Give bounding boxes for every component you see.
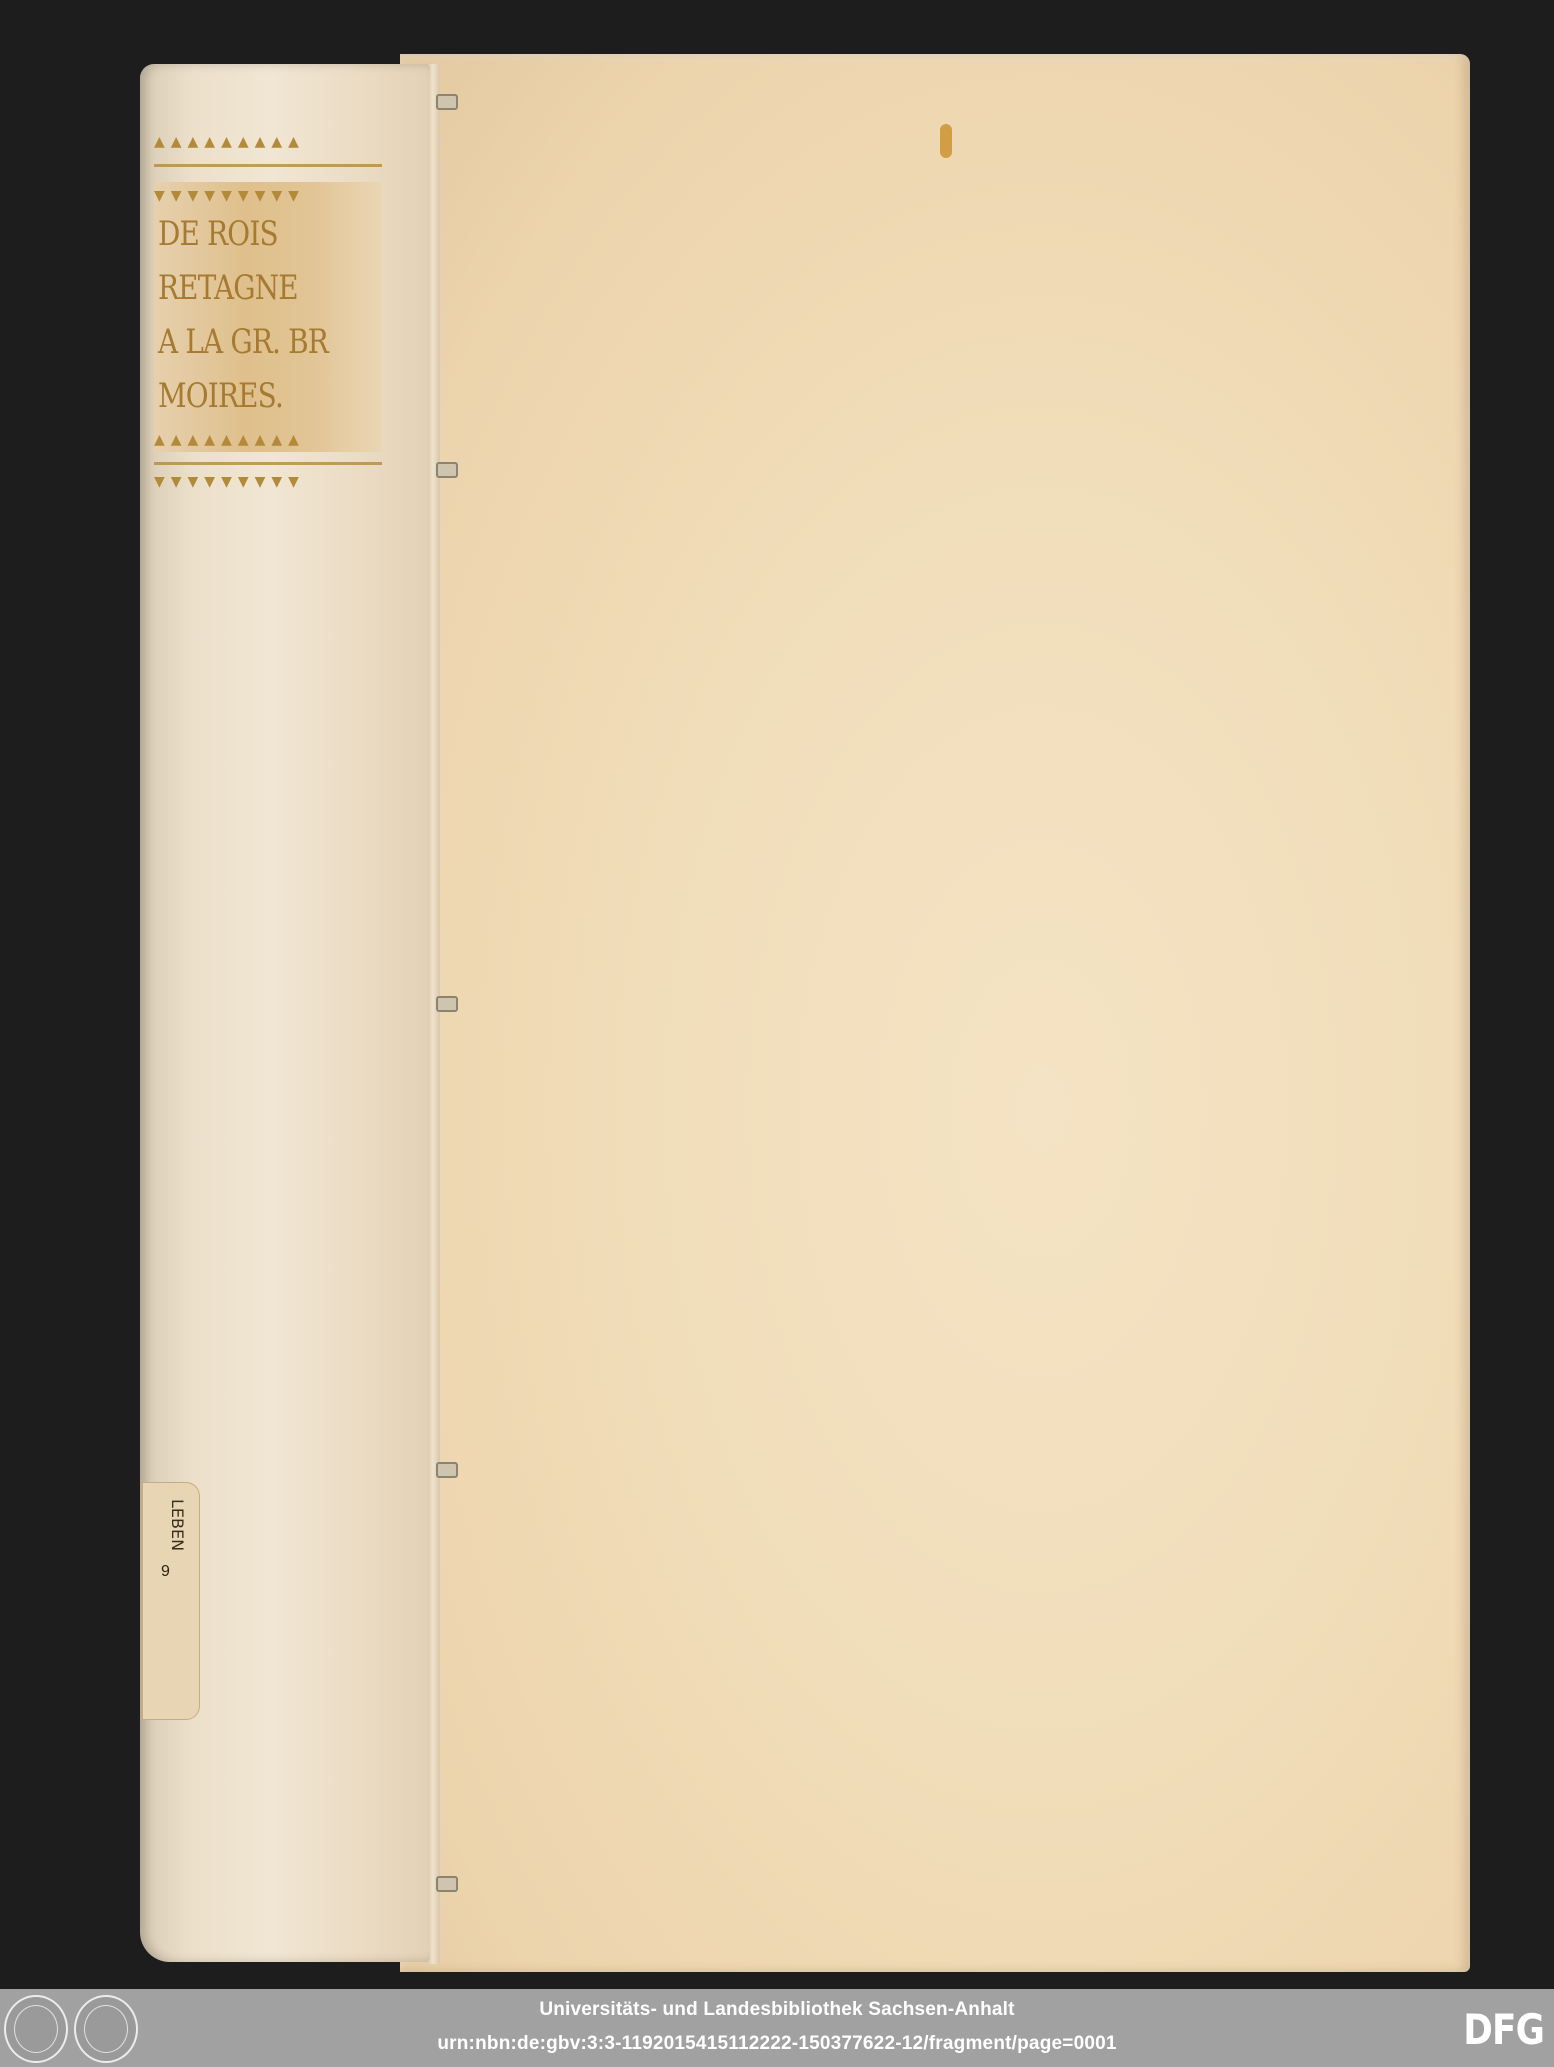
institution-name: Universitäts- und Landesbibliothek Sachs… [0, 1999, 1554, 2021]
scan-image: ▲▲▲▲▲▲▲▲▲ ▼▼▼▼▼▼▼▼▼ DE ROIS RETAGNE A LA… [0, 0, 1554, 1989]
stain [940, 124, 952, 158]
spine-ornament-mid: ▼▼▼▼▼▼▼▼▼ [154, 188, 382, 202]
spine-title-line-3: A LA GR. BR [158, 322, 371, 362]
spine-title-line-2: RETAGNE [158, 268, 371, 308]
sticker-number: 9 [161, 1563, 170, 1581]
binding-tie [436, 1876, 458, 1892]
front-cover [400, 54, 1470, 1972]
spine-title-line-4: MOIRES. [158, 376, 371, 416]
shelf-sticker: LEBEN 9 [142, 1482, 200, 1720]
binding-tie [436, 996, 458, 1012]
footer-bar: Universitäts- und Landesbibliothek Sachs… [0, 1989, 1554, 2067]
spine: ▲▲▲▲▲▲▲▲▲ ▼▼▼▼▼▼▼▼▼ DE ROIS RETAGNE A LA… [140, 64, 430, 1962]
urn-identifier: urn:nbn:de:gbv:3:3-1192015415112222-1503… [0, 2033, 1554, 2055]
binding-tie [436, 462, 458, 478]
spine-ornament-top: ▲▲▲▲▲▲▲▲▲ [154, 134, 382, 148]
spine-rule [154, 462, 382, 465]
binding-tie [436, 94, 458, 110]
spine-ornament-bottom: ▲▲▲▲▲▲▲▲▲ [154, 432, 382, 446]
spine-ornament-base: ▼▼▼▼▼▼▼▼▼ [154, 474, 382, 488]
spine-title-line-1: DE ROIS [158, 214, 371, 254]
dfg-logo-icon: DFG [1463, 2005, 1544, 2054]
binding-tie [436, 1462, 458, 1478]
spine-rule [154, 164, 382, 167]
book: ▲▲▲▲▲▲▲▲▲ ▼▼▼▼▼▼▼▼▼ DE ROIS RETAGNE A LA… [140, 54, 1470, 1974]
sticker-text: LEBEN [168, 1499, 187, 1551]
